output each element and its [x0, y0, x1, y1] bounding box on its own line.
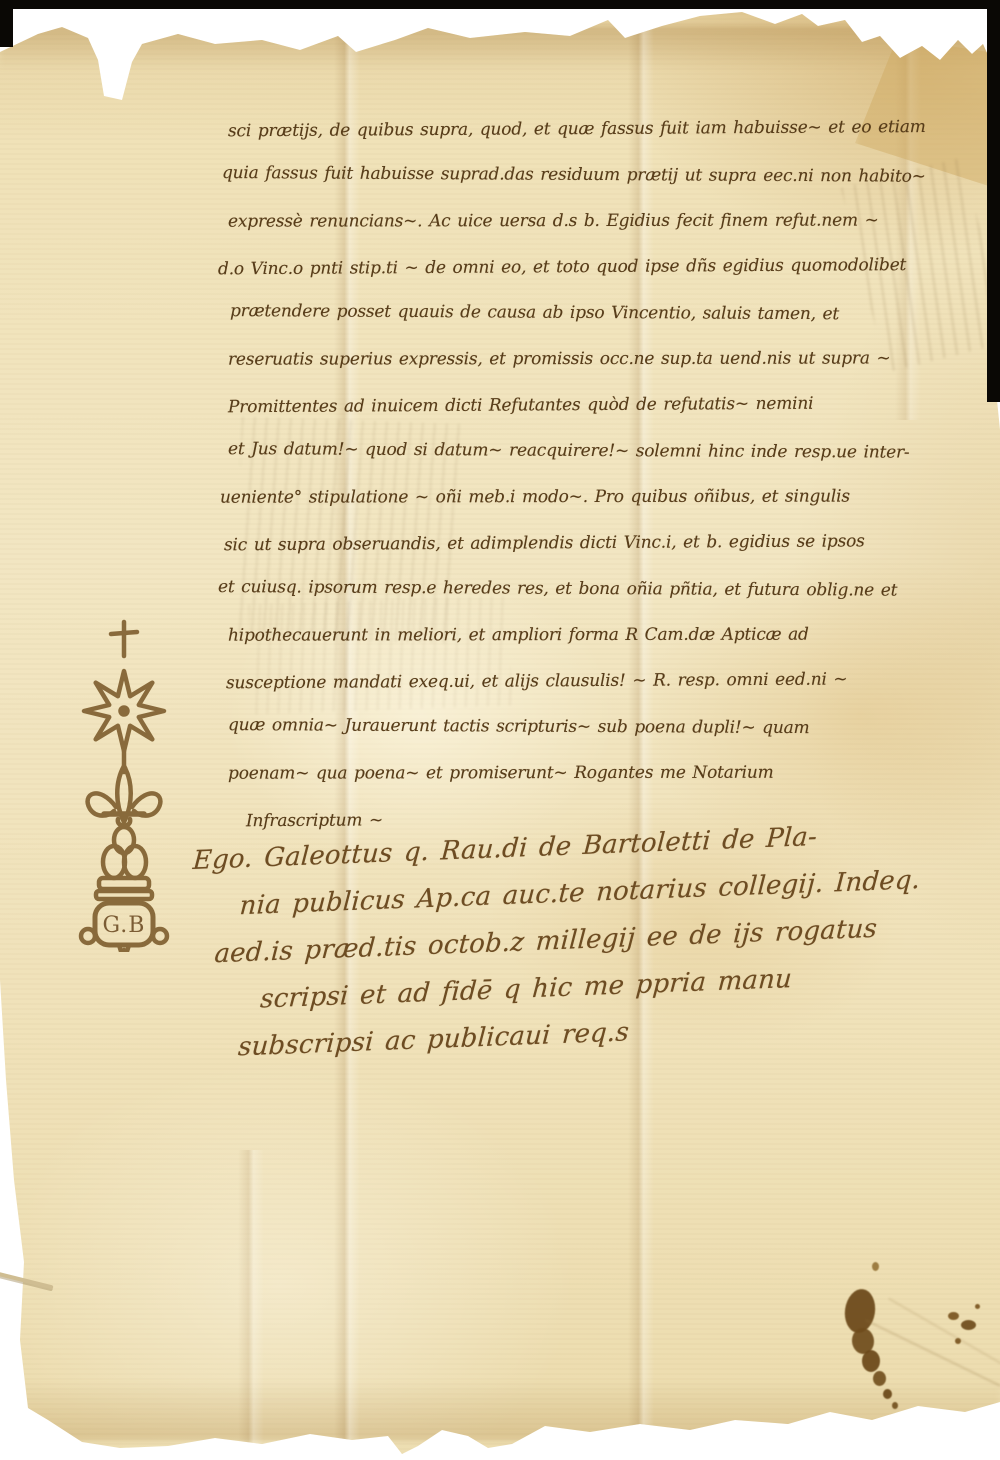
- manuscript-line: reseruatis superius expressis, et promis…: [228, 335, 968, 382]
- manuscript-line: prætendere posset quauis de causa ab ips…: [230, 288, 968, 338]
- manuscript-line: et cuiusq. ipsorum resp.e heredes res, e…: [218, 564, 968, 614]
- notary-subscription-block: Ego. Galeottus q. Rau.di de Bartoletti d…: [192, 809, 960, 1073]
- manuscript-line: quia fassus fuit habuisse suprad.das res…: [222, 150, 968, 200]
- signum-cross-icon: [111, 622, 137, 656]
- torn-top-edge-shading: [0, 26, 1000, 70]
- manuscript-line: quæ omnia~ Jurauerunt tactis scripturis~…: [228, 702, 968, 752]
- ink-blot-drop: [862, 1350, 880, 1372]
- ink-blot-drop: [892, 1402, 898, 1409]
- ink-speck: [872, 1262, 879, 1271]
- ink-speck: [961, 1320, 976, 1330]
- signum-pedestal: [96, 827, 152, 899]
- ink-speck: [975, 1304, 980, 1309]
- signum-fleur-de-lis-icon: [88, 766, 161, 826]
- ink-speck: [948, 1312, 959, 1320]
- manuscript-line: et Jus datum!~ quod si datum~ reacquirer…: [228, 426, 968, 476]
- signum-initials: G.B: [103, 913, 146, 938]
- manuscript-body-text: sci prætijs, de quibus supra, quod, et q…: [228, 106, 968, 842]
- manuscript-line: susceptione mandati exeq.ui, et alijs cl…: [226, 656, 968, 707]
- torn-bottom-edge-shading: [0, 1380, 1000, 1440]
- manuscript-line: hipothecauerunt in meliori, et ampliori …: [228, 611, 968, 658]
- manuscript-line: sci prætijs, de quibus supra, quod, et q…: [228, 104, 968, 155]
- scan-border-top-left: [0, 0, 13, 47]
- ink-blot-drop: [873, 1371, 886, 1386]
- scanned-manuscript-page: sci prætijs, de quibus supra, quod, et q…: [0, 0, 1000, 1460]
- manuscript-line: d.o Vinc.o pnti stip.ti ~ de omni eo, et…: [218, 242, 968, 293]
- manuscript-line: expressè renuncians~. Ac uice uersa d.s …: [228, 197, 968, 244]
- ink-blot-drop: [883, 1389, 892, 1399]
- paper-crease: [888, 1298, 1000, 1365]
- notary-signum: G.B: [68, 616, 180, 952]
- manuscript-line: sic ut supra obseruandis, et adimplendis…: [224, 518, 968, 569]
- manuscript-line: poenam~ qua poena~ et promiserunt~ Rogan…: [228, 749, 968, 796]
- manuscript-line: ueniente° stipulatione ~ oñi meb.i modo~…: [220, 473, 968, 520]
- signum-star-icon: [84, 671, 164, 751]
- scan-border-right: [987, 0, 1000, 402]
- manuscript-line: Promittentes ad inuicem dicti Refutantes…: [228, 380, 968, 431]
- scan-border-top: [0, 0, 1000, 9]
- vertical-fold-crease: [238, 1150, 264, 1460]
- paper-sheet: sci prætijs, de quibus supra, quod, et q…: [0, 0, 1000, 1460]
